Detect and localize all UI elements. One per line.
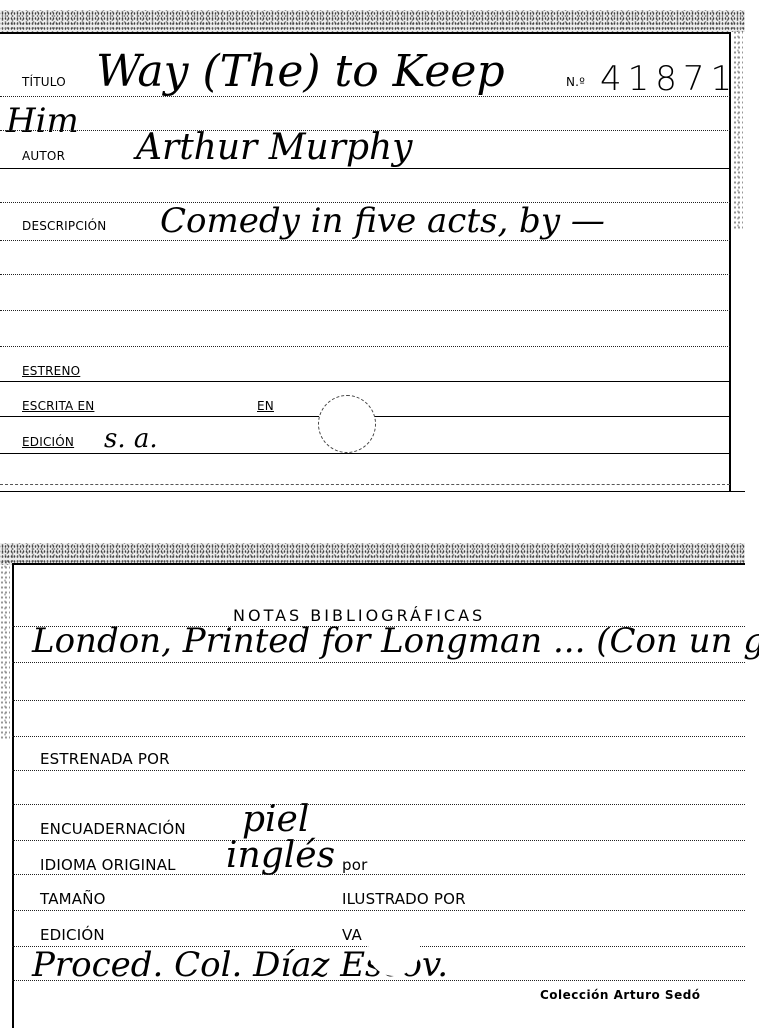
catalog-card-front: TÍTULO Way (The) to Keep N.º 41871 Him A… — [0, 0, 759, 492]
notas-rule-3 — [12, 700, 745, 701]
notas-value: London, Printed for Longman ... (Con un … — [32, 624, 759, 658]
estrenada-por-label: ESTRENADA POR — [40, 752, 170, 767]
notas-rule-4 — [12, 736, 745, 737]
idioma-rule — [12, 874, 745, 875]
edicion-rule — [0, 453, 730, 454]
scan-noise-strip — [0, 543, 745, 565]
descripcion-value: Comedy in five acts, by — — [160, 204, 605, 238]
autor-label: AUTOR — [22, 150, 65, 162]
collection-footer: Colección Arturo Sedó — [540, 989, 701, 1001]
card-frame-left — [12, 563, 14, 1028]
edicion-label: EDICIÓN — [40, 928, 105, 943]
punch-hole-mark — [368, 924, 420, 976]
encuadernacion-label: ENCUADERNACIÓN — [40, 822, 186, 837]
numero-value: 41871 — [600, 62, 738, 96]
blank-rule — [12, 804, 745, 805]
card-frame-right — [729, 32, 731, 492]
estreno-rule — [0, 381, 730, 382]
catalog-card-back: NOTAS BIBLIOGRÁFICAS London, Printed for… — [0, 540, 759, 1028]
ilustrado-por-label: ILUSTRADO POR — [342, 892, 466, 907]
escrita-en-label: ESCRITA EN — [22, 400, 94, 412]
blank-rule-2 — [0, 310, 730, 311]
autor-rule — [0, 168, 730, 169]
descripcion-rule — [0, 240, 730, 241]
scan-noise-strip — [0, 10, 745, 32]
blank-rule-3 — [0, 346, 730, 347]
tamano-label: TAMAÑO — [40, 892, 106, 907]
scan-noise-edge — [0, 560, 10, 740]
en-label: EN — [257, 400, 274, 412]
edicion-value-rule — [12, 980, 745, 981]
estrenada-por-rule — [12, 770, 745, 771]
estreno-label: ESTRENO — [22, 365, 80, 377]
blank-rule-1 — [0, 274, 730, 275]
edicion-label: EDICIÓN — [22, 436, 74, 448]
titulo-label: TÍTULO — [22, 76, 66, 88]
card-frame-top — [0, 32, 730, 34]
idioma-original-label: IDIOMA ORIGINAL — [40, 858, 176, 873]
card-frame-top — [12, 563, 745, 565]
por-label: por — [342, 858, 367, 873]
punch-hole-mark — [318, 395, 376, 453]
edicion-value: s. a. — [104, 426, 158, 452]
notas-rule-2 — [12, 662, 745, 663]
titulo-value-continued: Him — [6, 104, 79, 138]
idioma-original-value: inglés — [226, 838, 335, 874]
bottom-faint-rule — [0, 484, 730, 485]
numero-label: N.º — [566, 76, 585, 88]
tamano-rule — [12, 910, 745, 911]
titulo-value: Way (The) to Keep — [96, 50, 505, 94]
card-separator — [0, 491, 745, 492]
va-label: VA — [342, 928, 362, 943]
titulo-rule — [0, 96, 730, 97]
descripcion-label: DESCRIPCIÓN — [22, 220, 106, 232]
encuadernacion-rule — [12, 840, 745, 841]
autor-value: Arthur Murphy — [136, 130, 413, 166]
encuadernacion-value: piel — [242, 802, 309, 838]
